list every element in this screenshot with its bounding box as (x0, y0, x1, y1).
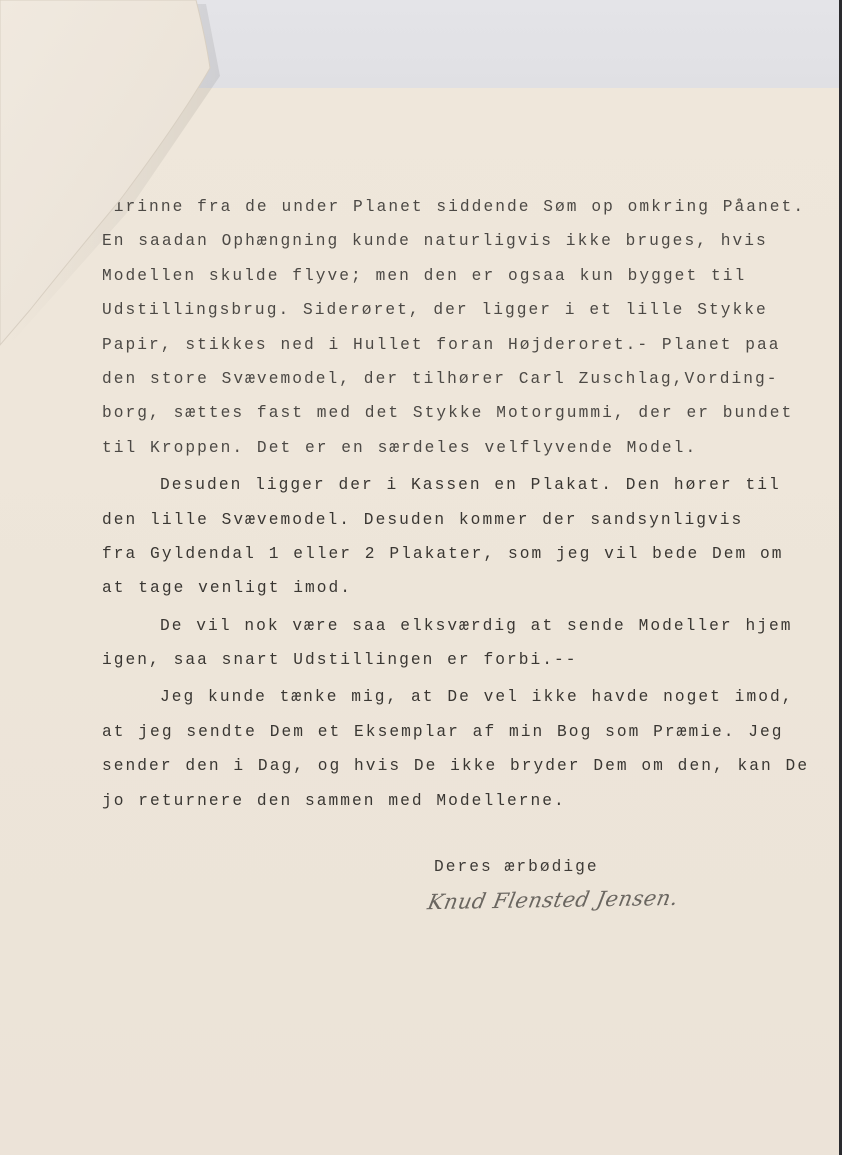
body-line: Udstillingsbrug. Siderøret, der ligger i… (102, 293, 802, 327)
handwritten-signature: Knud Flensted Jensen. (426, 886, 681, 914)
closing-salutation: Deres ærbødige (434, 858, 599, 876)
body-line: sender den i Dag, og hvis De ikke bryder… (102, 749, 802, 783)
body-line: Papir, stikkes ned i Hullet foran Højder… (102, 328, 802, 362)
body-line: til Kroppen. Det er en særdeles velflyve… (102, 431, 802, 465)
body-line: den lille Svævemodel. Desuden kommer der… (102, 503, 802, 537)
body-line: igen, saa snart Udstillingen er forbi.-- (102, 643, 802, 677)
paragraph-start-line: Jeg kunde tænke mig, at De vel ikke havd… (102, 680, 802, 714)
body-line: den store Svævemodel, der tilhører Carl … (102, 362, 802, 396)
body-line: Modellen skulde flyve; men den er ogsaa … (102, 259, 802, 293)
body-line: Virinne fra de under Planet siddende Søm… (102, 190, 802, 224)
letter-body: Virinne fra de under Planet siddende Søm… (102, 190, 802, 818)
body-line: at tage venligt imod. (102, 571, 802, 605)
scan-backdrop (0, 0, 842, 90)
paragraph-start-line: Desuden ligger der i Kassen en Plakat. D… (102, 468, 802, 502)
body-line: fra Gyldendal 1 eller 2 Plakater, som je… (102, 537, 802, 571)
body-line: En saadan Ophængning kunde naturligvis i… (102, 224, 802, 258)
body-line: borg, sættes fast med det Stykke Motorgu… (102, 396, 802, 430)
paragraph-start-line: De vil nok være saa elksværdig at sende … (102, 609, 802, 643)
body-line: jo returnere den sammen med Modellerne. (102, 784, 802, 818)
body-line: at jeg sendte Dem et Eksemplar af min Bo… (102, 715, 802, 749)
